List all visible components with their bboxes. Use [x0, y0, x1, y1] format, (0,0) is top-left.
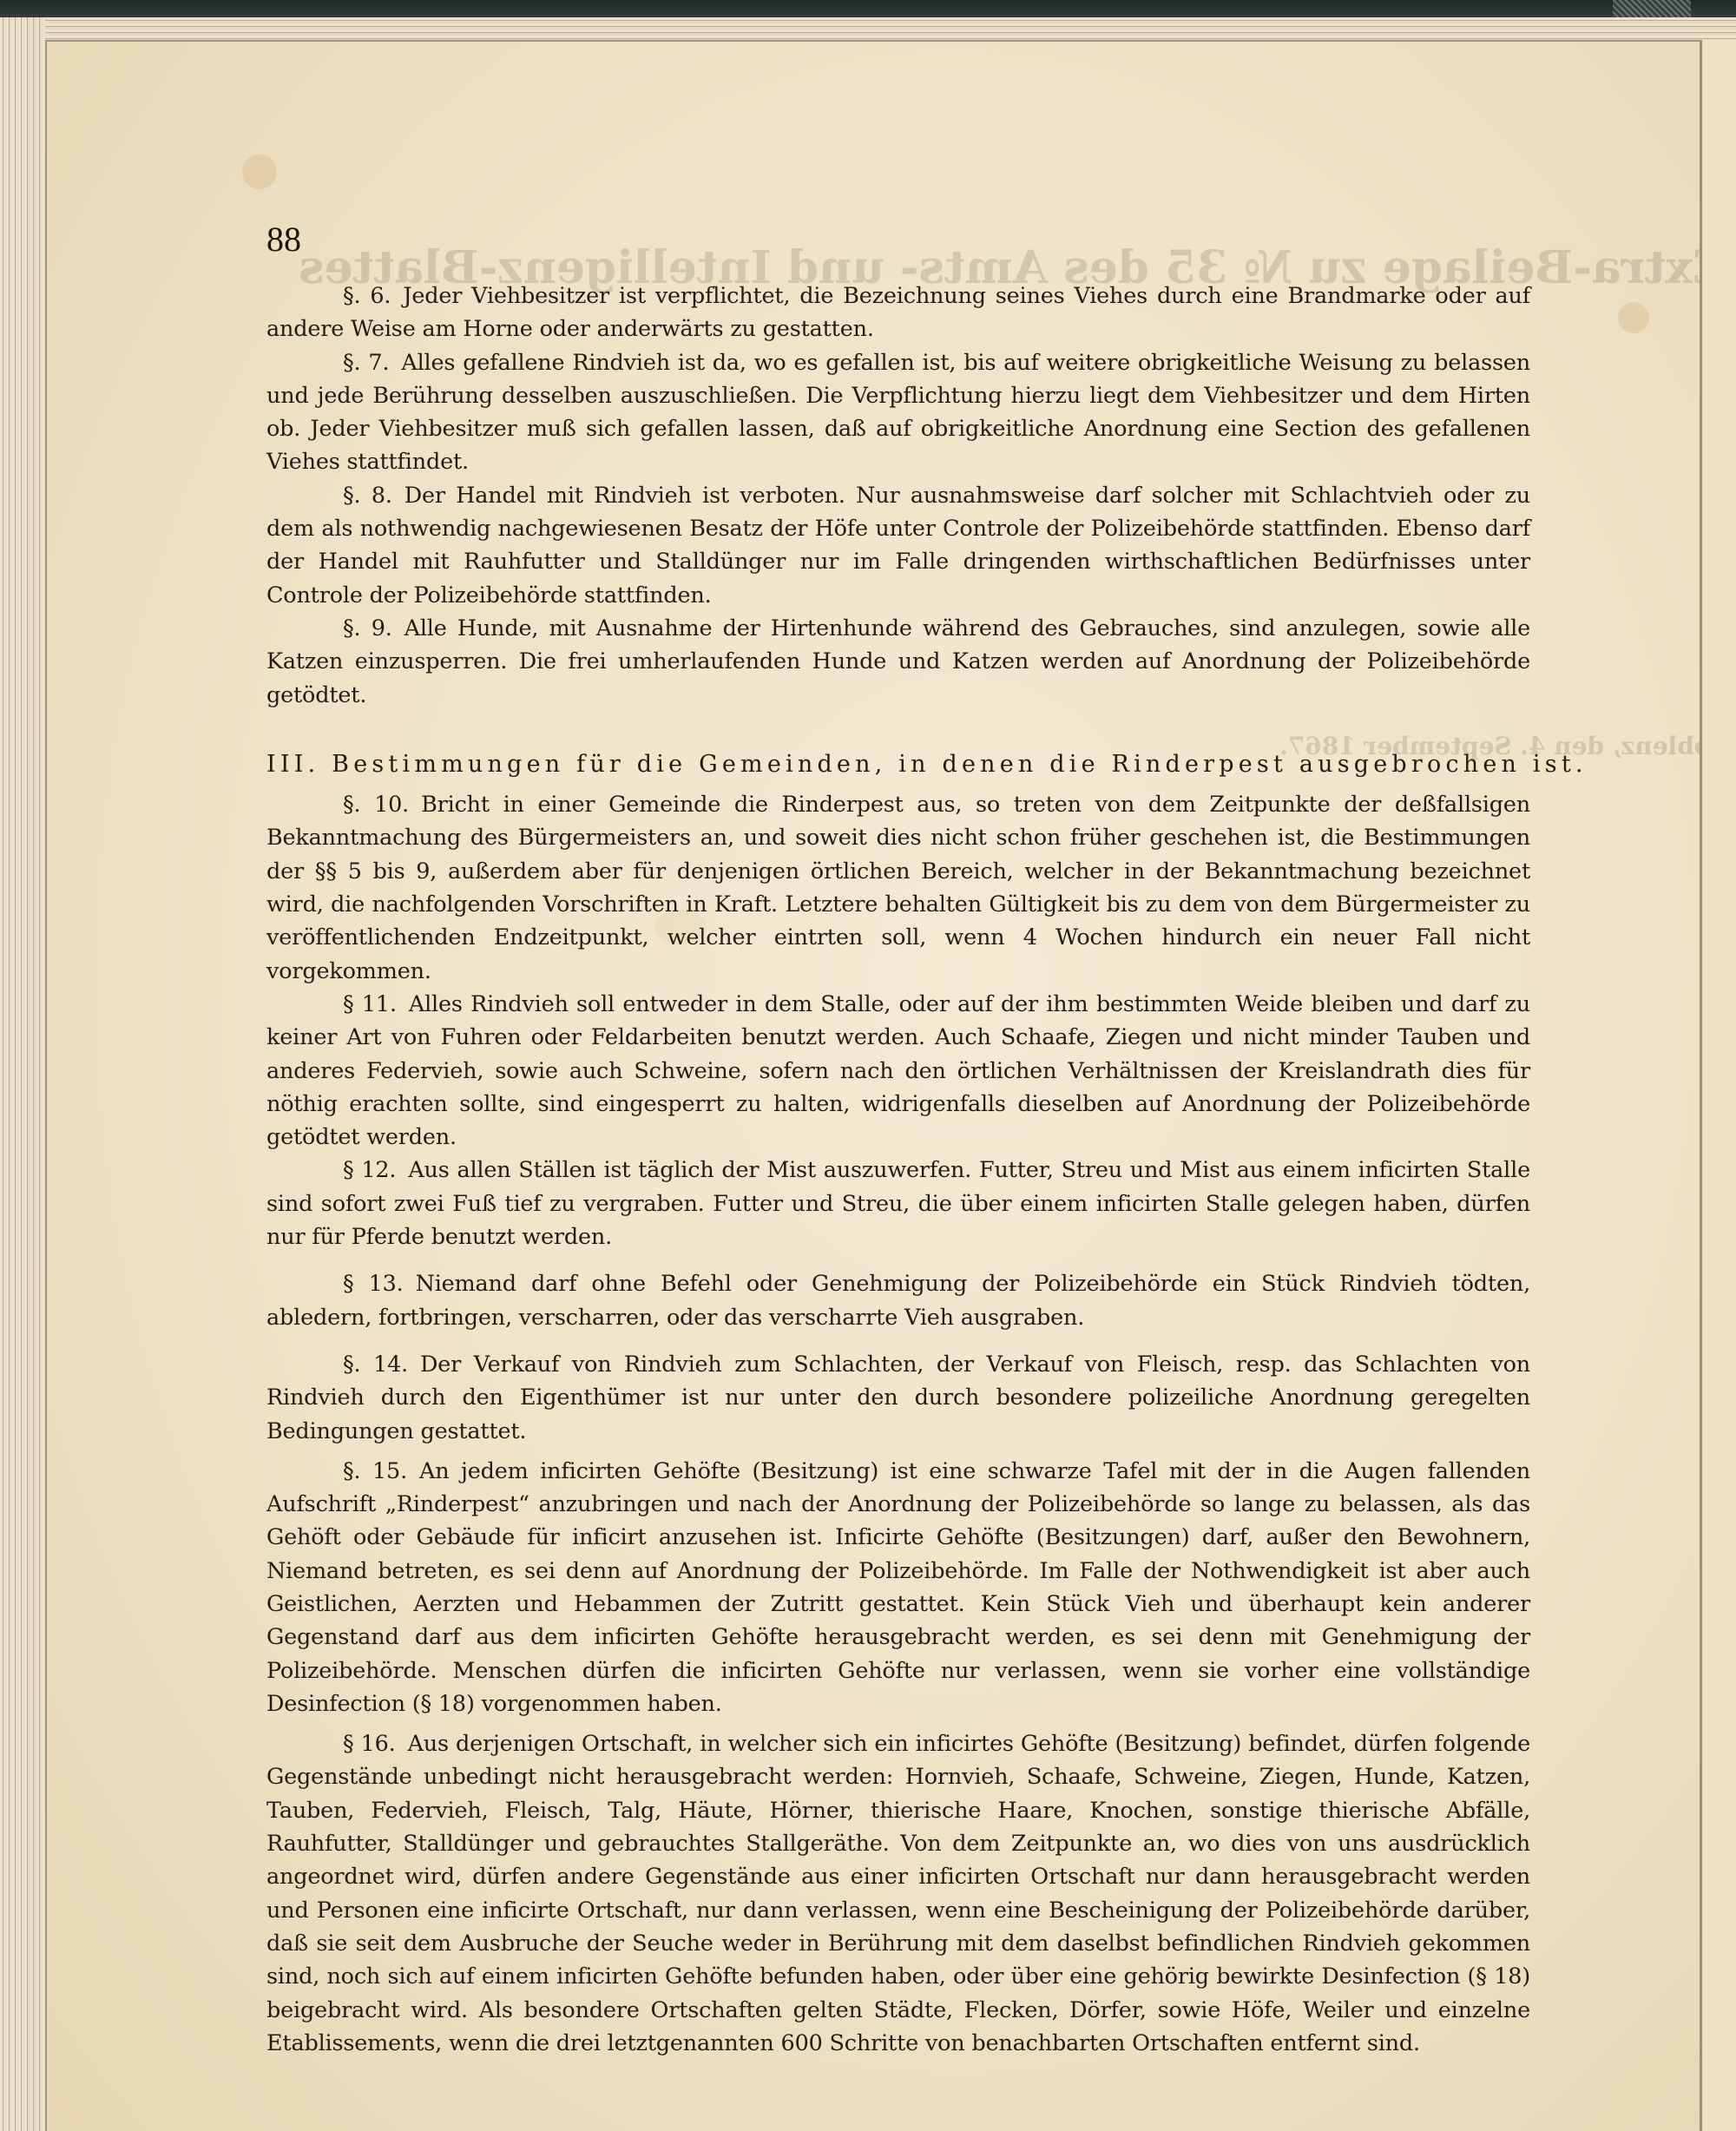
page-stack-left-edge	[0, 17, 45, 2131]
cover-speckle	[1613, 0, 1691, 19]
section-number: §. 9.	[343, 615, 392, 641]
paragraph-text: Aus allen Ställen ist täglich der Mist a…	[266, 1157, 1530, 1250]
paragraph-text: An jedem inficirten Gehöfte (Besitzung) …	[266, 1458, 1530, 1717]
paragraph-section-12: § 12.Aus allen Ställen ist täglich der M…	[266, 1154, 1530, 1253]
paper-stain	[242, 155, 277, 189]
paragraph-text: Alle Hunde, mit Ausnahme der Hirtenhunde…	[266, 615, 1530, 708]
paper-stain	[1618, 302, 1649, 333]
section-number: §. 7.	[343, 350, 389, 376]
paragraph-section-6: §. 6.Jeder Viehbesitzer ist verpflichtet…	[266, 280, 1530, 346]
section-heading-iii: III. Bestimmungen für die Gemeinden, in …	[266, 748, 1530, 781]
section-number: §. 6.	[343, 283, 391, 309]
paragraph-text: Der Handel mit Rindvieh ist verboten. Nu…	[266, 483, 1530, 608]
paragraph-section-15: §. 15.An jedem inficirten Gehöfte (Besit…	[266, 1455, 1530, 1720]
paragraph-text: Der Verkauf von Rindvieh zum Schlachten,…	[266, 1352, 1530, 1444]
section-number: §. 14.	[343, 1352, 408, 1378]
section-number: §. 15.	[343, 1458, 407, 1484]
section-number: § 13.	[343, 1271, 404, 1297]
paragraph-text: Niemand darf ohne Befehl oder Genehmigun…	[266, 1271, 1530, 1330]
paragraph-section-11: § 11.Alles Rindvieh soll entweder in dem…	[266, 988, 1530, 1154]
paragraph-section-16: § 16.Aus derjenigen Ortschaft, in welche…	[266, 1727, 1530, 2060]
section-number: § 12.	[343, 1157, 396, 1183]
section-number: § 11.	[343, 991, 397, 1017]
section-number: §. 10.	[343, 792, 409, 818]
page-body: §. 6.Jeder Viehbesitzer ist verpflichtet…	[266, 280, 1530, 2060]
section-number: §. 8.	[343, 483, 392, 509]
section-number: § 16.	[343, 1731, 396, 1757]
paragraph-section-10: §. 10.Bricht in einer Gemeinde die Rinde…	[266, 788, 1530, 988]
paragraph-section-13: § 13.Niemand darf ohne Befehl oder Geneh…	[266, 1267, 1530, 1334]
page-stack-top-edge	[0, 17, 1736, 42]
next-page-edge	[1702, 40, 1736, 2131]
paragraph-section-8: §. 8.Der Handel mit Rindvieh ist verbote…	[266, 479, 1530, 612]
paragraph-text: Alles Rindvieh soll entweder in dem Stal…	[266, 991, 1530, 1150]
paragraph-section-7: §. 7.Alles gefallene Rindvieh ist da, wo…	[266, 346, 1530, 479]
book-cover-edge	[0, 0, 1736, 19]
paragraph-text: Jeder Viehbesitzer ist verpflichtet, die…	[266, 283, 1530, 342]
paragraph-text: Bricht in einer Gemeinde die Rinderpest …	[266, 792, 1530, 983]
paragraph-section-14: §. 14.Der Verkauf von Rindvieh zum Schla…	[266, 1348, 1530, 1448]
paragraph-section-9: §. 9.Alle Hunde, mit Ausnahme der Hirten…	[266, 612, 1530, 712]
paragraph-text: Alles gefallene Rindvieh ist da, wo es g…	[266, 350, 1530, 476]
page-number: 88	[266, 219, 301, 260]
paragraph-text: Aus derjenigen Ortschaft, in welcher sic…	[266, 1731, 1530, 2056]
